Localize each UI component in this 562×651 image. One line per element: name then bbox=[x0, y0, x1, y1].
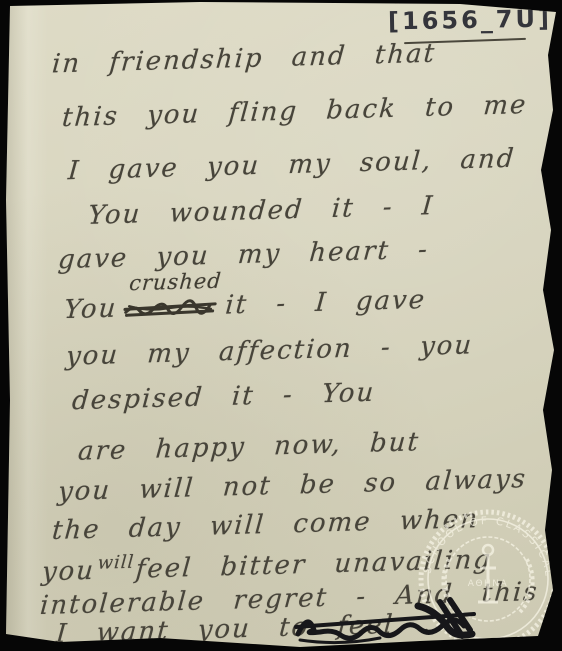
line6-post: it - I gave bbox=[224, 285, 427, 321]
seal-center-text: ΑΘΗΝΑ bbox=[468, 579, 508, 589]
inserted-word: will bbox=[97, 552, 135, 574]
catalog-number: [1656_7U] bbox=[388, 5, 552, 36]
scratched-out-word-icon bbox=[122, 296, 220, 321]
signature-scrawl-icon bbox=[290, 594, 486, 650]
interlined-correction: crushed bbox=[128, 269, 222, 296]
letter-paper-sheet: [1656_7U] in friendship and that this yo… bbox=[0, 0, 562, 651]
line12-pre: you bbox=[41, 556, 96, 588]
line6-pre: You bbox=[63, 294, 119, 326]
scanned-letter-page: { "document": { "kind": "scanned handwri… bbox=[0, 0, 562, 651]
